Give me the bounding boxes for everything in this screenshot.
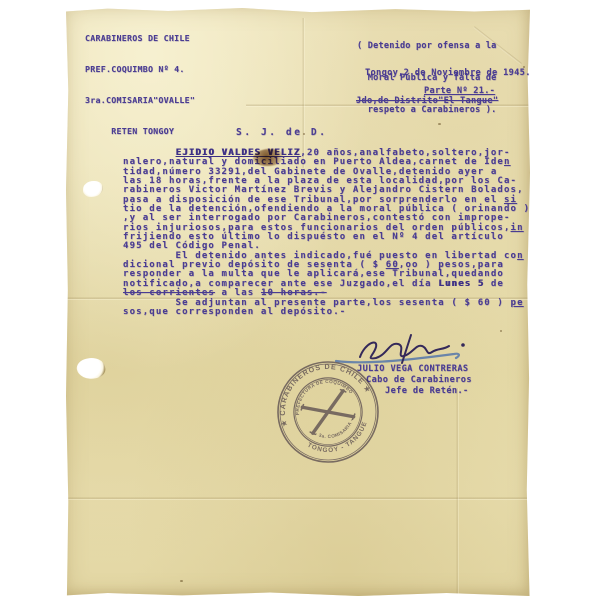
court-reference-struck: Jdo,de Distrito"El Tangue" <box>356 96 498 106</box>
fold-crease <box>302 18 305 168</box>
salutation: S. J. de D. <box>236 127 328 138</box>
letterhead: CARABINEROS DE CHILE PREF.COQUIMBO Nº 4.… <box>85 12 195 147</box>
signatory-rank: Cabo de Carabineros <box>366 375 472 385</box>
annotation-line: respeto a Carabineros ). <box>357 105 497 116</box>
stamp-outer-bottom-text: TONGOY - TANGUE <box>304 418 375 463</box>
letterhead-line: PREF.COQUIMBO Nº 4. <box>85 64 195 74</box>
fold-crease <box>456 388 459 596</box>
scanned-document-photo: { "letterhead": { "lines": [ "CARABINERO… <box>0 0 600 600</box>
ink-stain <box>253 149 283 166</box>
letterhead-line: CARABINEROS DE CHILE <box>85 33 195 43</box>
annotation-line: ( Detenido por ofensa a la <box>357 41 497 52</box>
letterhead-line: RETEN TONGOY <box>85 126 195 136</box>
letterhead-line: 3ra.COMISARIA"OVALLE" <box>85 95 195 105</box>
body-line: sos,que corresponden al depósito.- <box>123 308 530 317</box>
paper-speck <box>523 66 525 68</box>
paper-speck <box>303 133 305 135</box>
paper-speck <box>180 580 183 582</box>
paper-speck <box>500 330 502 332</box>
signatory-name: JULIO VEGA CONTRERAS <box>357 364 468 374</box>
paper-speck <box>438 123 441 125</box>
signatory-role: Jefe de Retén.- <box>385 386 469 396</box>
svg-text:TONGOY - TANGUE: TONGOY - TANGUE <box>304 418 375 463</box>
body-text: EJIDIO VALDES VELIZ,20 años,analfabeto,s… <box>123 149 530 317</box>
dateline: Tongoy,2 de Noviembre de 1945. <box>365 68 531 78</box>
parte-number: Parte Nº 21.- <box>424 86 495 96</box>
fold-crease <box>66 497 530 500</box>
